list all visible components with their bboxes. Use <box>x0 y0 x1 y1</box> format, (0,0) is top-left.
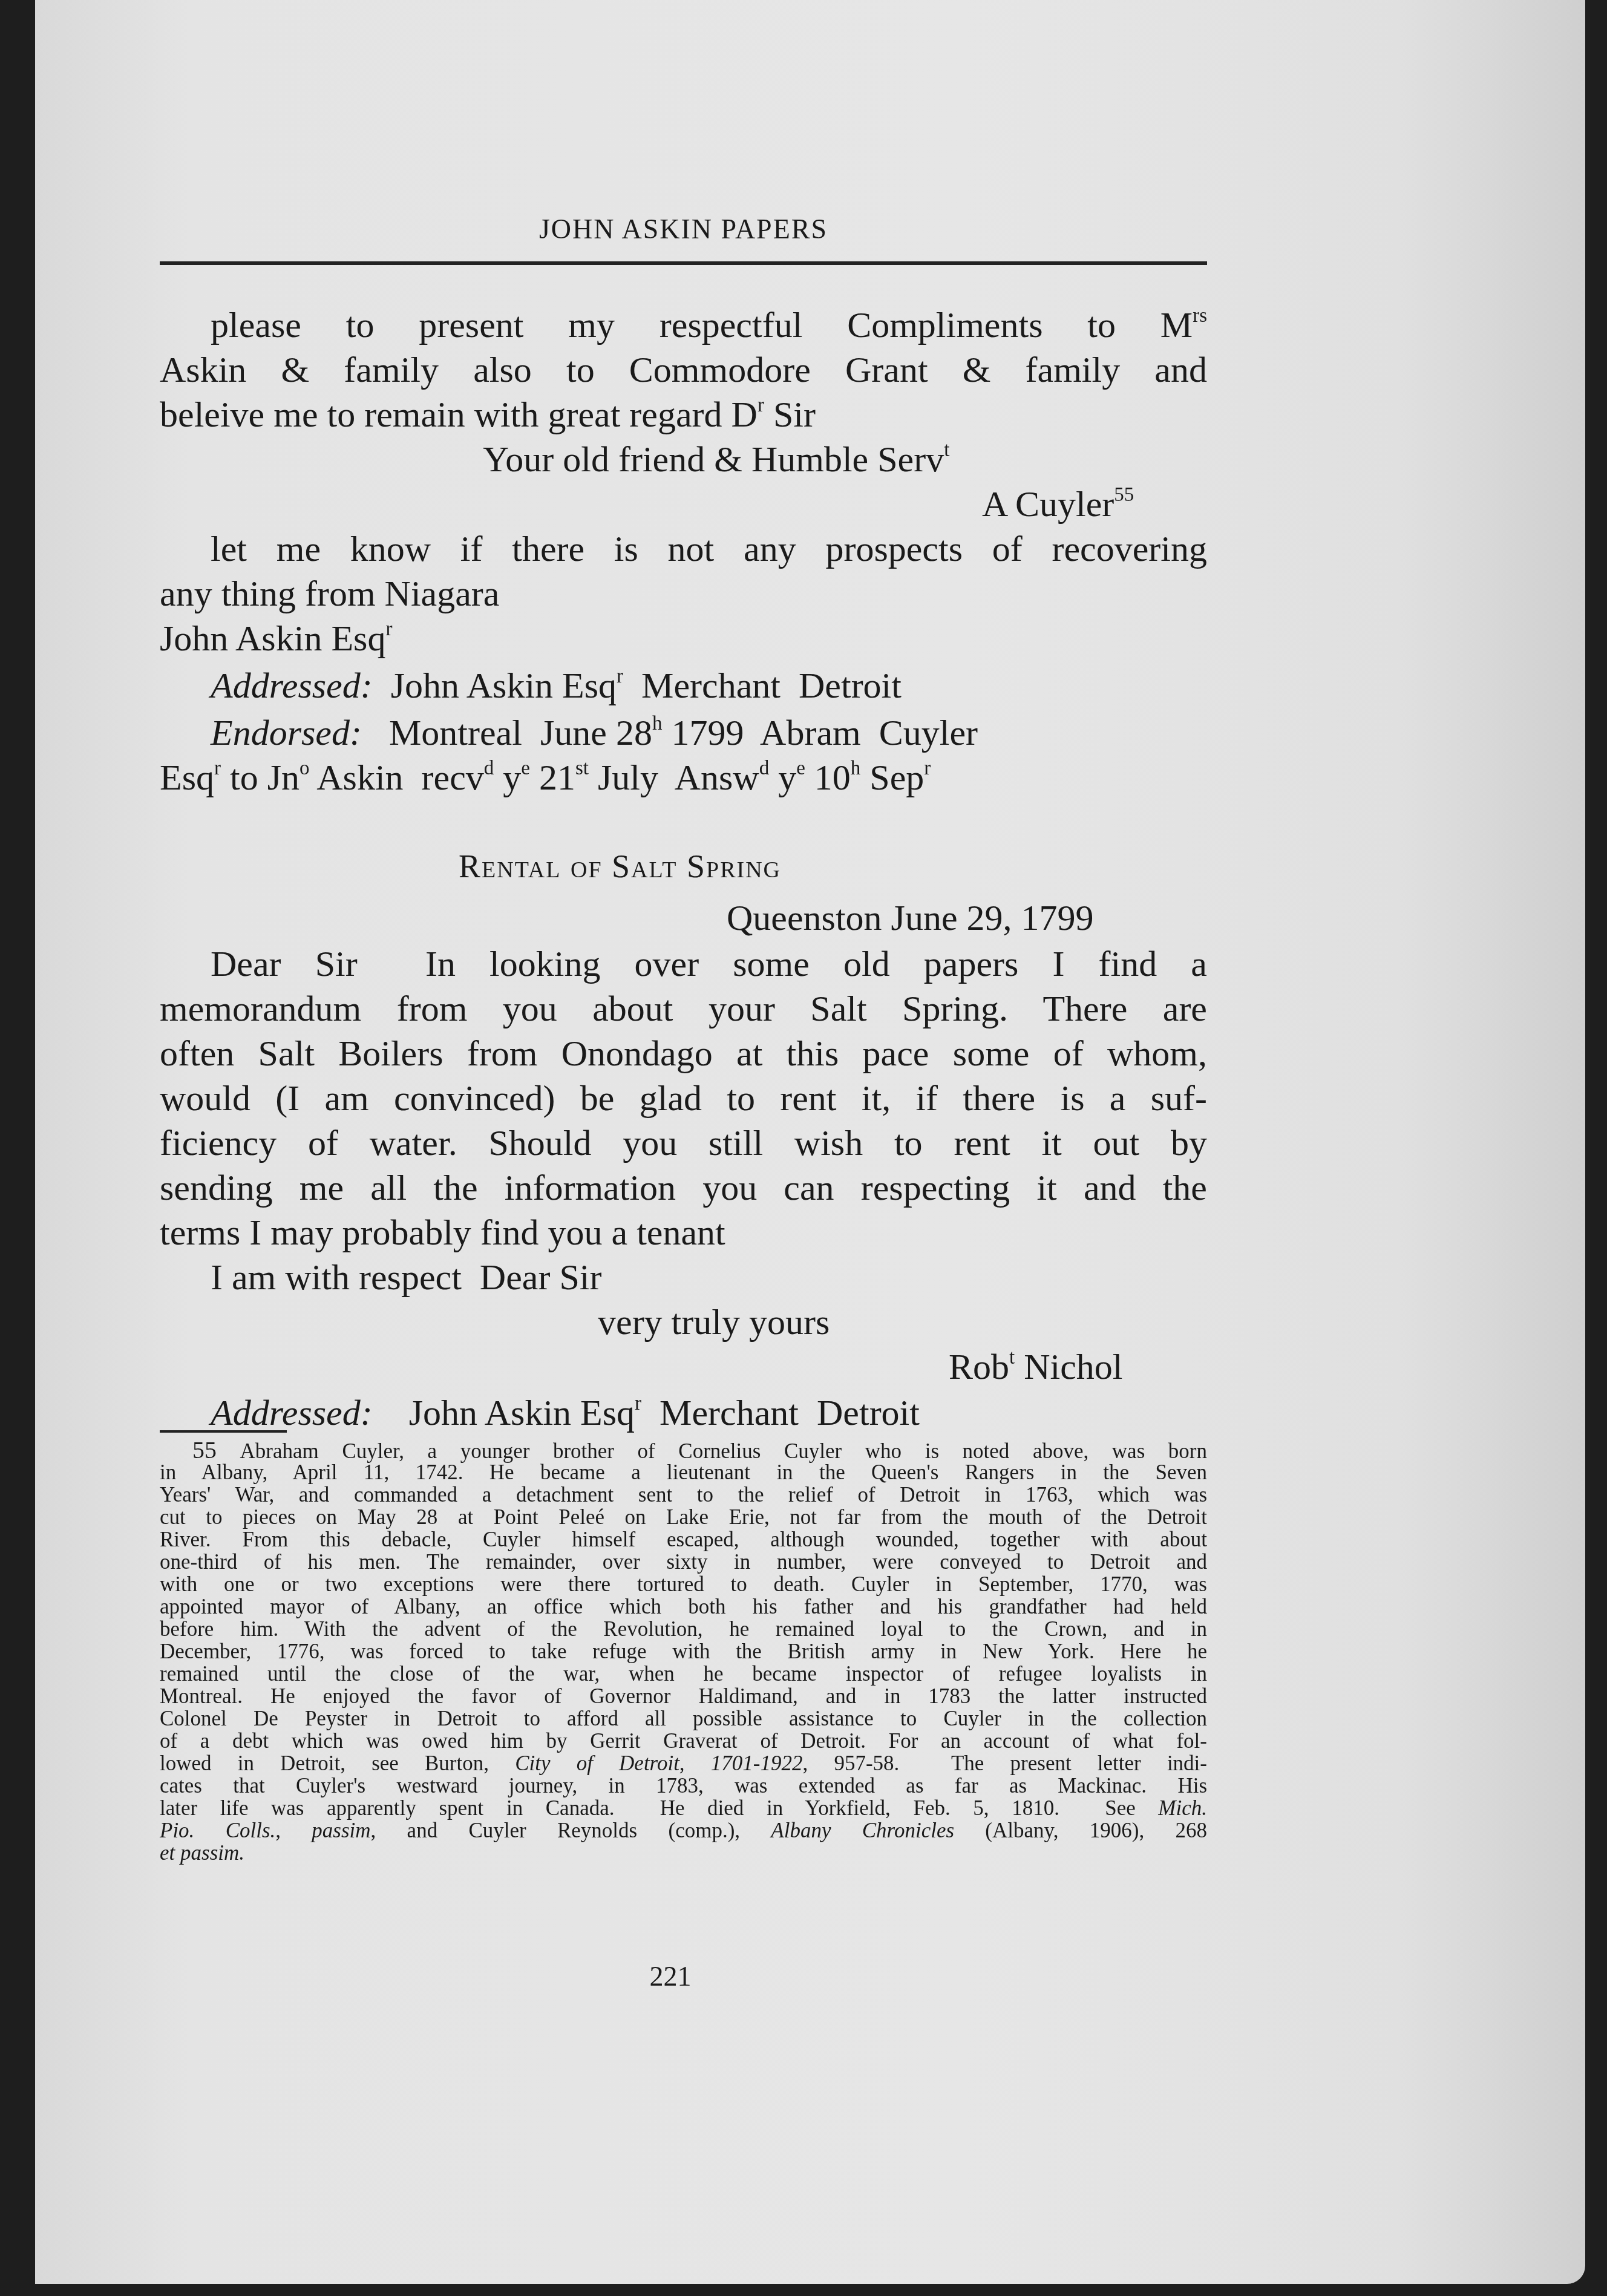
addressed-line: Addressed: John Askin Esqr Merchant Detr… <box>211 1390 1207 1435</box>
page-number: 221 <box>35 1960 1306 1992</box>
footnote-line: in Albany, April 11, 1742. He became a l… <box>160 1461 1207 1483</box>
footnote-line: Montreal. He enjoyed the favor of Govern… <box>160 1685 1207 1707</box>
body-line: often Salt Boilers from Onondago at this… <box>160 1031 1207 1076</box>
footnote-line: before him. With the advent of the Revol… <box>160 1618 1207 1640</box>
book-page: JOHN ASKIN PAPERS please to present my r… <box>35 0 1585 2284</box>
header-rule <box>160 261 1207 265</box>
body-line: any thing from Niagara <box>160 571 1207 616</box>
footnote-rule <box>160 1430 287 1433</box>
body-line: sending me all the information you can r… <box>160 1165 1207 1210</box>
footnote-line: with one or two exceptions were there to… <box>160 1573 1207 1595</box>
footnote-line: Colonel De Peyster in Detroit to afford … <box>160 1707 1207 1730</box>
footnote-line: later life was apparently spent in Canad… <box>160 1797 1207 1819</box>
running-header: JOHN ASKIN PAPERS <box>160 213 1207 245</box>
body-line: ficiency of water. Should you still wish… <box>160 1120 1207 1165</box>
closing: very truly yours <box>598 1300 830 1344</box>
footnote-line: one-third of his men. The remainder, ove… <box>160 1551 1207 1573</box>
body-line: would (I am convinced) be glad to rent i… <box>160 1076 1207 1120</box>
signature: Robt Nichol <box>949 1344 1123 1389</box>
footnote-line: December, 1776, was forced to take refug… <box>160 1640 1207 1663</box>
footnote-line: of a debt which was owed him by Gerrit G… <box>160 1730 1207 1752</box>
footnote-line: appointed mayor of Albany, an office whi… <box>160 1595 1207 1618</box>
endorsed-line-2: Esqr to Jno Askin recvd ye 21st July Ans… <box>160 755 1207 800</box>
footnote-line: cates that Cuyler's westward journey, in… <box>160 1774 1207 1797</box>
body-line: Dear Sir In looking over some old papers… <box>211 941 1207 986</box>
endorsed-line: Endorsed: Montreal June 28h 1799 Abram C… <box>211 710 1207 755</box>
body-line: Askin & family also to Commodore Grant &… <box>160 347 1207 392</box>
footnote-line: remained until the close of the war, whe… <box>160 1663 1207 1685</box>
footnote-line: River. From this debacle, Cuyler himself… <box>160 1528 1207 1551</box>
footnote-line: lowed in Detroit, see Burton, City of De… <box>160 1752 1207 1774</box>
body-line: beleive me to remain with great regard D… <box>160 392 1207 437</box>
footnote-ref[interactable]: 55 <box>1114 484 1134 506</box>
body-line: please to present my respectful Complime… <box>211 303 1207 347</box>
body-line: John Askin Esqr <box>160 616 1207 661</box>
footnote-line: Pio. Colls., passim, and Cuyler Reynolds… <box>160 1819 1207 1842</box>
footnote-line: cut to pieces on May 28 at Point Peleé o… <box>160 1506 1207 1528</box>
body-line: let me know if there is not any prospect… <box>211 526 1207 571</box>
dateline: Queenston June 29, 1799 <box>727 895 1094 940</box>
addressed-line: Addressed: John Askin Esqr Merchant Detr… <box>211 663 1207 708</box>
footnote-line: Years' War, and commanded a detachment s… <box>160 1483 1207 1506</box>
closing: Your old friend & Humble Servt <box>483 437 949 482</box>
body-line: terms I may probably find you a tenant <box>160 1210 1207 1255</box>
body-line: memorandum from you about your Salt Spri… <box>160 986 1207 1031</box>
signature: A Cuyler55 <box>982 482 1134 526</box>
footnote-line: et passim. <box>160 1842 1207 1864</box>
footnote-line: 55 Abraham Cuyler, a younger brother of … <box>192 1439 1207 1462</box>
body-line: I am with respect Dear Sir <box>211 1255 1207 1300</box>
section-title: Rental of Salt Spring <box>459 844 781 889</box>
